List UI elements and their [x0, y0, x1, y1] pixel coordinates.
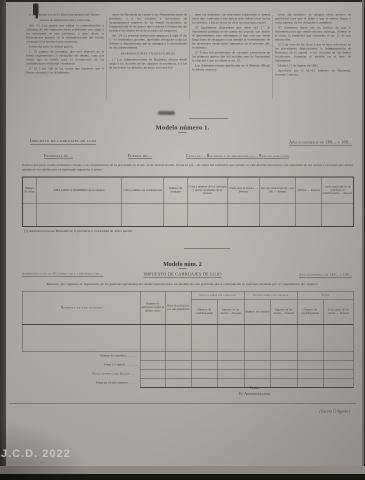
- article-paragraph: 3.ª Todos los propietarios de carruajes …: [192, 51, 270, 63]
- header-cell: APELLIDOS Y NOMBRES de los dueños: [37, 177, 122, 204]
- article-paragraph: dores de Hacienda en cuanto á las Admini…: [109, 13, 187, 33]
- empty-cell: [244, 325, 270, 352]
- administrador-label: El Administrador.: [200, 392, 310, 397]
- article-column-2: dores de Hacienda en cuanto á las Admini…: [109, 13, 187, 71]
- empty-cell: [217, 351, 244, 360]
- modelo1-table: Número de orden APELLIDOS Y NOMBRES de l…: [22, 177, 354, 228]
- empty-cell: [323, 325, 353, 352]
- table-empty-row: [22, 325, 353, 352]
- article-paragraph: 1.º El premio de cobranza, que será abon…: [26, 50, 104, 66]
- empty-cell: [122, 204, 164, 227]
- row-label: Idem en el año anterior . . . . .: [22, 378, 140, 387]
- column-divider: [106, 15, 107, 99]
- article-subheading: Gastos de administración y cobranza.: [26, 19, 104, 23]
- article-column-1: y su remisión á la de la Dirección gener…: [26, 13, 104, 76]
- group-header-cell: Total: [297, 291, 353, 300]
- summary-row: Suman los pueblos . . . . . .: [22, 351, 353, 360]
- header-cell: TOTAL — Pesetas: [296, 177, 322, 204]
- scanned-document-page: y su remisión á la de la Dirección gener…: [0, 0, 365, 480]
- article-paragraph: Art. 34. La presente instrucción empezar…: [109, 34, 187, 50]
- gaceta-reference: (Gaceta 13 Agosto.): [319, 409, 350, 414]
- empty-cell: [244, 351, 270, 360]
- group-header-cell: Cuotas sobre los carruajes: [191, 291, 244, 300]
- section-divider-line: [184, 248, 230, 249]
- watermark-text: J.C.D. 2022: [1, 448, 71, 460]
- empty-cell: [323, 369, 353, 378]
- modelo1-footnote: (1) Administración de Hacienda de la pro…: [24, 229, 133, 233]
- modelo2-anio-label: Año económico de 189... á 189...: [299, 273, 352, 278]
- empty-cell: [165, 325, 191, 352]
- empty-cell: [140, 325, 165, 352]
- empty-cell: [191, 325, 217, 352]
- empty-cell: [191, 369, 217, 378]
- article-paragraph: 2.ª Igualmente dispondrán que antes del …: [192, 26, 270, 50]
- header-cell: Número de contribuyentes: [297, 300, 323, 325]
- empty-cell: [217, 325, 244, 352]
- modelo1-description: Padrón que para el año económico citado,…: [22, 163, 353, 172]
- modelo1-impuesto-label: Impuesto de carruajes de lujo: [30, 139, 96, 145]
- column-divider: [272, 15, 273, 99]
- article-paragraph: Las Administraciones publicarán en el Bo…: [192, 64, 270, 72]
- empty-cell: [191, 351, 217, 360]
- header-cell: Importe de las cuotas — Pesetas: [217, 300, 244, 325]
- empty-cell: [191, 360, 217, 369]
- modelo2-impuesto-label: IMPUESTO DE CARRUAJES DE LUJO: [144, 272, 222, 278]
- empty-cell: [270, 351, 297, 360]
- modelo2-description: Resumen, por capitales de imposición, de…: [20, 283, 345, 287]
- title-dash: [179, 132, 187, 133]
- header-cell: Nombres de los pueblos: [22, 291, 140, 324]
- header-cell: Número de orden: [23, 177, 37, 204]
- article-paragraph: men los padrones, las relaciones registr…: [192, 13, 270, 25]
- table-empty-row: [23, 204, 354, 227]
- row-label: Suman los pueblos . . . . . .: [22, 351, 140, 360]
- total-row: Total general del Estado . . . .: [22, 369, 353, 378]
- article-paragraph: Art. 33. Los gastos que exijan la admini…: [26, 24, 104, 44]
- empty-cell: [260, 204, 296, 227]
- article-paragraph: 4.ª Asimismo harán uso en justicia de qu…: [275, 26, 351, 42]
- empty-cell: [228, 204, 260, 227]
- empty-cell: [188, 204, 228, 227]
- group-header-cell: Cuotas sobre los caballos: [244, 291, 297, 300]
- ink-smudge: [158, 111, 175, 115]
- modelo2-administracion-label: Administración de Hacienda de la provinc…: [22, 272, 103, 277]
- empty-cell: [22, 325, 140, 352]
- empty-cell: [140, 360, 165, 369]
- article-paragraph: toria, sin perjuicio de adoptar otros me…: [275, 13, 351, 25]
- empty-cell: [323, 351, 353, 360]
- modelo1-title: Modelo número 1.: [0, 124, 365, 132]
- header-cell: Número de habitantes según el último cen…: [140, 291, 165, 324]
- modelo2-title: Modelo núm. 2: [0, 261, 365, 269]
- modelo2-table: Nombres de los pueblos Número de habitan…: [22, 291, 354, 388]
- article-column-4: toria, sin perjuicio de adoptar otros me…: [275, 13, 351, 78]
- modelo1-provincia-field: Provincia de....: [44, 154, 73, 160]
- empty-cell: [165, 360, 191, 369]
- empty-cell: [297, 351, 323, 360]
- empty-cell: [23, 204, 37, 227]
- empty-cell: [297, 369, 323, 378]
- row-label: Total general del Estado . . . .: [22, 369, 140, 378]
- article-paragraph: Formarán parte de dichos gastos:: [26, 45, 104, 49]
- article-paragraph: Aprobado por S. M.=El Ministro de Hacien…: [275, 69, 351, 77]
- modelo1-cuota-field: Cuota de.... Recargos y su imposición la…: [186, 154, 289, 160]
- article-paragraph: Madrid 12 de Agosto de 1893.: [275, 64, 351, 68]
- empty-cell: [297, 360, 323, 369]
- article-paragraph: 5.ª Con vista de los datos á que se hace…: [275, 43, 351, 63]
- page-edge-left: [0, 0, 6, 480]
- empty-cell: [323, 378, 353, 387]
- empty-cell: [140, 351, 165, 360]
- table-group-header-row: Nombres de los pueblos Número de habitan…: [22, 291, 353, 300]
- header-cell: Número de caballos: [244, 300, 270, 325]
- article-paragraph: y su remisión á la de la Dirección gener…: [26, 13, 104, 17]
- empty-cell: [296, 204, 322, 227]
- empty-cell: [244, 369, 270, 378]
- empty-cell: [323, 360, 353, 369]
- bottom-divider-line: [9, 403, 356, 404]
- header-cell: Importe de las cuotas — Pesetas: [270, 300, 297, 325]
- empty-cell: [270, 325, 297, 352]
- row-label: Idem la capital . . . . . . .: [22, 360, 140, 369]
- article-paragraph: 2.º El 1 por 100 de las cuotas que ingre…: [26, 67, 104, 75]
- empty-cell: [322, 204, 354, 227]
- column-divider: [189, 15, 190, 99]
- header-cell: Base de población por que satisfacen: [165, 291, 191, 324]
- header-cell: Número de contribuyentes: [191, 300, 217, 325]
- empty-cell: [217, 360, 244, 369]
- title-dash: [179, 268, 187, 269]
- article-subheading: DISPOSICIONES TRANSITORIAS: [109, 52, 187, 56]
- article-column-3: men los padrones, las relaciones registr…: [192, 13, 270, 73]
- header-cell: Recargo municipal de... por 100 — Peseta…: [260, 177, 296, 204]
- header-cell: Número de carruajes: [164, 177, 188, 204]
- page-edge-top: [0, 0, 365, 2]
- empty-cell: [164, 204, 188, 227]
- header-cell: Cuota anual que ha de satisfacer el cont…: [322, 177, 354, 204]
- modelo1-anio-label: Año económico de 189... á 189...: [289, 140, 352, 146]
- empty-cell: [270, 360, 297, 369]
- header-cell: Total anual de las cuotas — Pesetas: [323, 300, 353, 325]
- empty-cell: [244, 360, 270, 369]
- empty-cell: [165, 378, 191, 387]
- signature-block: Fecha. El Administrador.: [200, 386, 310, 397]
- empty-cell: [37, 204, 122, 227]
- article-paragraph: 1.ª Las Administraciones de Hacienda abr…: [109, 58, 187, 70]
- summary-row: Idem la capital . . . . . . .: [22, 360, 353, 369]
- empty-cell: [270, 369, 297, 378]
- header-cell: Clase y número de los carruajes y de las…: [188, 177, 228, 204]
- empty-cell: [217, 369, 244, 378]
- article-text: y su remisión á la de la Dirección gener…: [0, 13, 365, 102]
- fecha-label: Fecha.: [200, 386, 310, 391]
- empty-cell: [140, 378, 165, 387]
- table-header-row: Número de orden APELLIDOS Y NOMBRES de l…: [23, 177, 354, 204]
- header-cell: Cuota para el Tesoro — Pesetas: [228, 177, 260, 204]
- empty-cell: [165, 369, 191, 378]
- empty-cell: [140, 369, 165, 378]
- empty-cell: [297, 325, 323, 352]
- page-content: y su remisión á la de la Dirección gener…: [0, 0, 365, 480]
- modelo1-pueblo-field: Pueblo de....: [128, 154, 152, 160]
- header-cell: Calle y número de su habitación: [122, 177, 164, 204]
- section-divider-line: [189, 119, 228, 120]
- empty-cell: [165, 351, 191, 360]
